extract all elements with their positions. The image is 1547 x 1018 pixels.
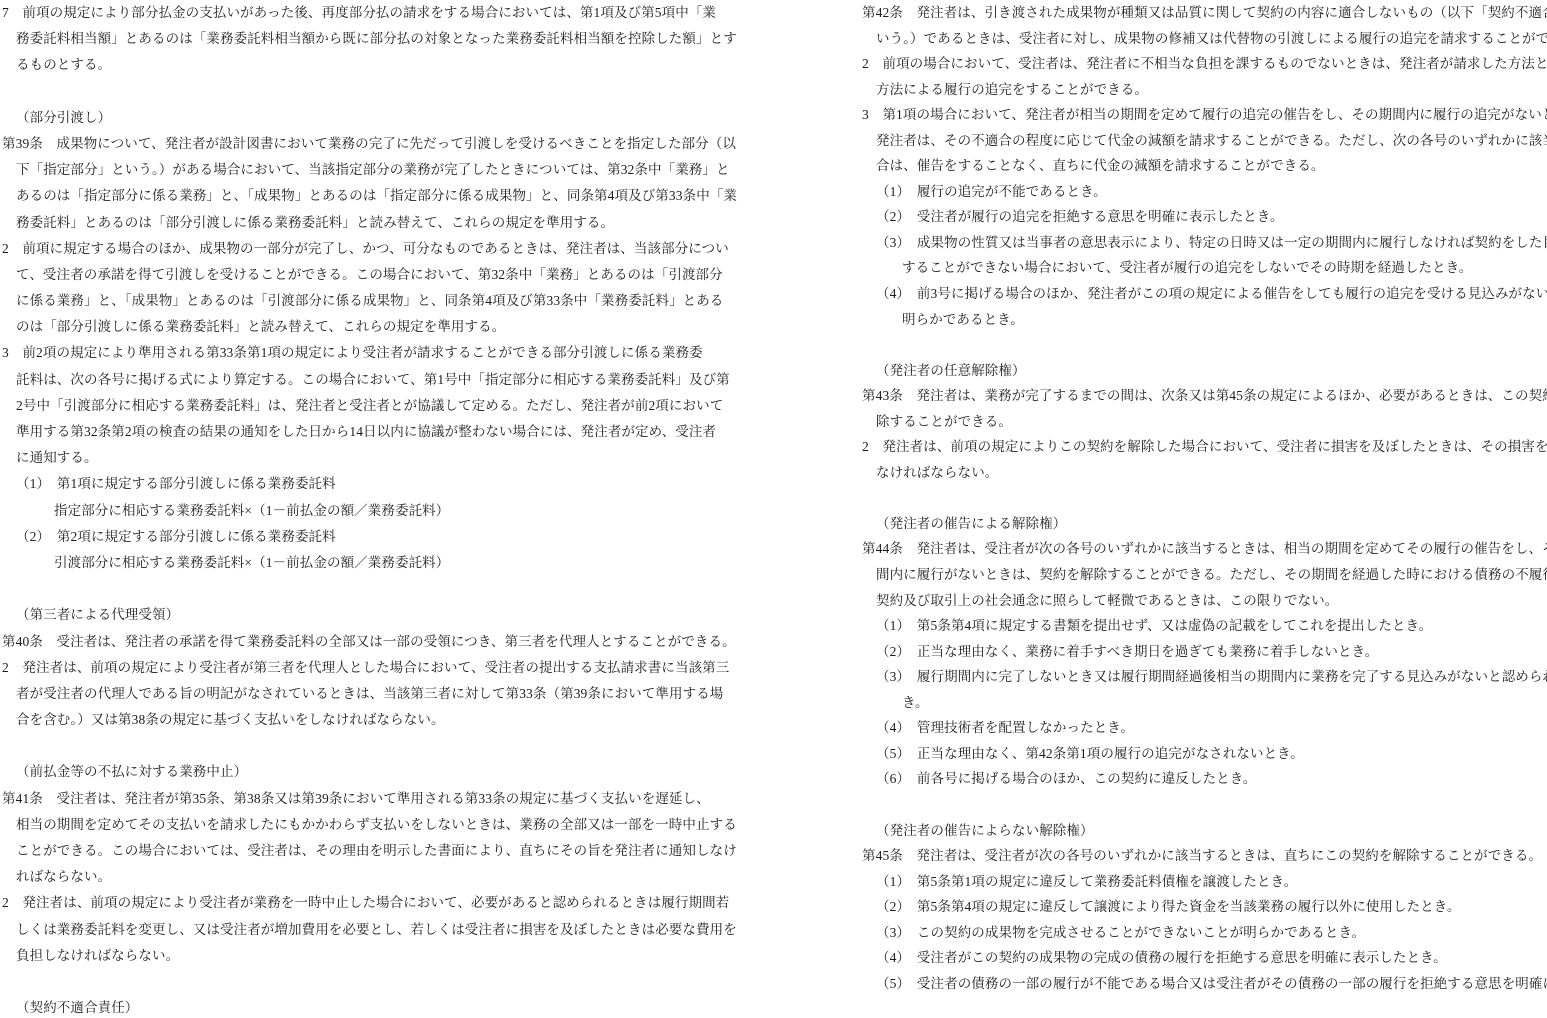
document-text-line: いう。）であるときは、受注者に対し、成果物の修補又は代替物の引渡しによる履行の追…	[862, 26, 1547, 52]
blank-spacer-line	[862, 485, 1547, 511]
document-text-line: なければならない。	[862, 460, 1547, 486]
document-text-line: 間内に履行がないときは、契約を解除することができる。ただし、その期間を経過した時…	[862, 562, 1547, 588]
right-text-column: 第42条 発注者は、引き渡された成果物が種類又は品質に関して契約の内容に適合しな…	[862, 0, 1547, 996]
section-heading-line: （発注者の任意解除権）	[862, 358, 1547, 384]
document-text-line: （1） 履行の追完が不能であるとき。	[862, 179, 1547, 205]
document-text-line: （4） 前3号に掲げる場合のほか、発注者がこの項の規定による催告をしても履行の追…	[862, 281, 1547, 307]
document-text-line: 下「指定部分」という。）がある場合において、当該指定部分の業務が完了したときにつ…	[2, 157, 712, 183]
document-text-line: しくは業務委託料を変更し、又は受注者が増加費用を必要とし、若しくは受注者に損害を…	[2, 917, 712, 943]
section-heading-line: （発注者の催告によらない解除権）	[862, 818, 1547, 844]
document-text-line: 務委託料相当額」とあるのは「業務委託料相当額から既に部分払の対象となった業務委託…	[2, 26, 712, 52]
document-text-line: 除することができる。	[862, 409, 1547, 435]
document-text-line: 負担しなければならない。	[2, 943, 712, 969]
blank-spacer-line	[2, 79, 712, 105]
document-text-line: 7 前項の規定により部分払金の支払いがあった後、再度部分払の請求をする場合におい…	[2, 0, 712, 26]
blank-spacer-line	[2, 576, 712, 602]
blank-spacer-line	[2, 733, 712, 759]
document-text-line: 方法による履行の追完をすることができる。	[862, 77, 1547, 103]
document-text-line: （3） 成果物の性質又は当事者の意思表示により、特定の日時又は一定の期間内に履行…	[862, 230, 1547, 256]
document-text-line: に係る業務」と、「成果物」とあるのは「引渡部分に係る成果物」と、同条第4項及び第…	[2, 288, 712, 314]
document-text-line: （6） 前各号に掲げる場合のほか、この契約に違反したとき。	[862, 766, 1547, 792]
document-text-line: （4） 管理技術者を配置しなかったとき。	[862, 715, 1547, 741]
document-text-line: 明らかであるとき。	[862, 307, 1547, 333]
document-text-line: き。	[862, 690, 1547, 716]
document-text-line: 合を含む。）又は第38条の規定に基づく支払いをしなければならない。	[2, 707, 712, 733]
document-text-line: 第40条 受注者は、発注者の承諾を得て業務委託料の全部又は一部の受領につき、第三…	[2, 629, 712, 655]
document-text-line: 合は、催告をすることなく、直ちに代金の減額を請求することができる。	[862, 153, 1547, 179]
section-heading-line: （契約不適合責任）	[2, 995, 712, 1018]
document-text-line: することができない場合において、受注者が履行の追完をしないでその時期を経過したと…	[862, 255, 1547, 281]
document-text-line: 第42条 発注者は、引き渡された成果物が種類又は品質に関して契約の内容に適合しな…	[862, 0, 1547, 26]
document-text-line: のは「部分引渡しに係る業務委託料」と読み替えて、これらの規定を準用する。	[2, 314, 712, 340]
document-text-line: 2号中「引渡部分に相応する業務委託料」は、発注者と受注者とが協議して定める。ただ…	[2, 393, 712, 419]
document-text-line: あるのは「指定部分に係る業務」と、「成果物」とあるのは「指定部分に係る成果物」と…	[2, 183, 712, 209]
document-text-line: 第43条 発注者は、業務が完了するまでの間は、次条又は第45条の規定によるほか、…	[862, 383, 1547, 409]
contract-document-page: 7 前項の規定により部分払金の支払いがあった後、再度部分払の請求をする場合におい…	[0, 0, 1547, 1018]
document-text-line: ことができる。この場合においては、受注者は、その理由を明示した書面により、直ちに…	[2, 838, 712, 864]
document-text-line: 契約及び取引上の社会通念に照らして軽微であるときは、この限りでない。	[862, 588, 1547, 614]
document-text-line: 3 前2項の規定により準用される第33条第1項の規定により受注者が請求することが…	[2, 340, 712, 366]
document-text-line: 2 発注者は、前項の規定により受注者が業務を一時中止した場合において、必要がある…	[2, 890, 712, 916]
section-heading-line: （前払金等の不払に対する業務中止）	[2, 759, 712, 785]
document-text-line: 2 前項の場合において、受注者は、発注者に不相当な負担を課するものでないときは、…	[862, 51, 1547, 77]
document-text-line: （4） 受注者がこの契約の成果物の完成の債務の履行を拒絶する意思を明確に表示した…	[862, 945, 1547, 971]
document-text-line: （1） 第5条第4項に規定する書類を提出せず、又は虚偽の記載をしてこれを提出した…	[862, 613, 1547, 639]
document-text-line: （1） 第5条第1項の規定に違反して業務委託料債権を譲渡したとき。	[862, 869, 1547, 895]
document-text-line: 託料は、次の各号に掲げる式により算定する。この場合において、第1号中「指定部分に…	[2, 367, 712, 393]
document-text-line: （2） 受注者が履行の追完を拒絶する意思を明確に表示したとき。	[862, 204, 1547, 230]
document-text-line: に通知する。	[2, 445, 712, 471]
document-text-line: （3） この契約の成果物を完成させることができないことが明らかであるとき。	[862, 920, 1547, 946]
document-text-line: るものとする。	[2, 52, 712, 78]
document-text-line: （2） 正当な理由なく、業務に着手すべき期日を過ぎても業務に着手しないとき。	[862, 639, 1547, 665]
document-text-line: 第39条 成果物について、発注者が設計図書において業務の完了に先だって引渡しを受…	[2, 131, 712, 157]
blank-spacer-line	[862, 332, 1547, 358]
left-text-column: 7 前項の規定により部分払金の支払いがあった後、再度部分払の請求をする場合におい…	[2, 0, 712, 1018]
document-text-line: 準用する第32条第2項の検査の結果の通知をした日から14日以内に協議が整わない場…	[2, 419, 712, 445]
document-text-line: 2 前項に規定する場合のほか、成果物の一部分が完了し、かつ、可分なものであるとき…	[2, 236, 712, 262]
document-text-line: 相当の期間を定めてその支払いを請求したにもかかわらず支払いをしないときは、業務の…	[2, 812, 712, 838]
document-text-line: 発注者は、その不適合の程度に応じて代金の減額を請求することができる。ただし、次の…	[862, 128, 1547, 154]
section-heading-line: （部分引渡し）	[2, 105, 712, 131]
document-text-line: 3 第1項の場合において、発注者が相当の期間を定めて履行の追完の催告をし、その期…	[862, 102, 1547, 128]
document-text-line: （1） 第1項に規定する部分引渡しに係る業務委託料	[2, 471, 712, 497]
document-text-line: 2 発注者は、前項の規定により受注者が第三者を代理人とした場合において、受注者の…	[2, 655, 712, 681]
formula-line: 引渡部分に相応する業務委託料×（1－前払金の額／業務委託料）	[2, 550, 712, 576]
document-text-line: 第41条 受注者は、発注者が第35条、第38条又は第39条において準用される第3…	[2, 786, 712, 812]
document-text-line: て、受注者の承諾を得て引渡しを受けることができる。この場合において、第32条中「…	[2, 262, 712, 288]
document-text-line: 第44条 発注者は、受注者が次の各号のいずれかに該当するときは、相当の期間を定め…	[862, 536, 1547, 562]
document-text-line: （5） 受注者の債務の一部の履行が不能である場合又は受注者がその債務の一部の履行…	[862, 971, 1547, 997]
document-text-line: （2） 第5条第4項の規定に違反して譲渡により得た資金を当該業務の履行以外に使用…	[862, 894, 1547, 920]
blank-spacer-line	[862, 792, 1547, 818]
document-text-line: 者が受注者の代理人である旨の明記がなされているときは、当該第三者に対して第33条…	[2, 681, 712, 707]
formula-line: 指定部分に相応する業務委託料×（1－前払金の額／業務委託料）	[2, 498, 712, 524]
document-text-line: （5） 正当な理由なく、第42条第1項の履行の追完がなされないとき。	[862, 741, 1547, 767]
section-heading-line: （発注者の催告による解除権）	[862, 511, 1547, 537]
document-text-line: 第45条 発注者は、受注者が次の各号のいずれかに該当するときは、直ちにこの契約を…	[862, 843, 1547, 869]
document-text-line: 務委託料」とあるのは「部分引渡しに係る業務委託料」と読み替えて、これらの規定を準…	[2, 210, 712, 236]
section-heading-line: （第三者による代理受領）	[2, 602, 712, 628]
document-text-line: （3） 履行期間内に完了しないとき又は履行期間経過後相当の期間内に業務を完了する…	[862, 664, 1547, 690]
document-text-line: ればならない。	[2, 864, 712, 890]
document-text-line: （2） 第2項に規定する部分引渡しに係る業務委託料	[2, 524, 712, 550]
blank-spacer-line	[2, 969, 712, 995]
document-text-line: 2 発注者は、前項の規定によりこの契約を解除した場合において、受注者に損害を及ぼ…	[862, 434, 1547, 460]
